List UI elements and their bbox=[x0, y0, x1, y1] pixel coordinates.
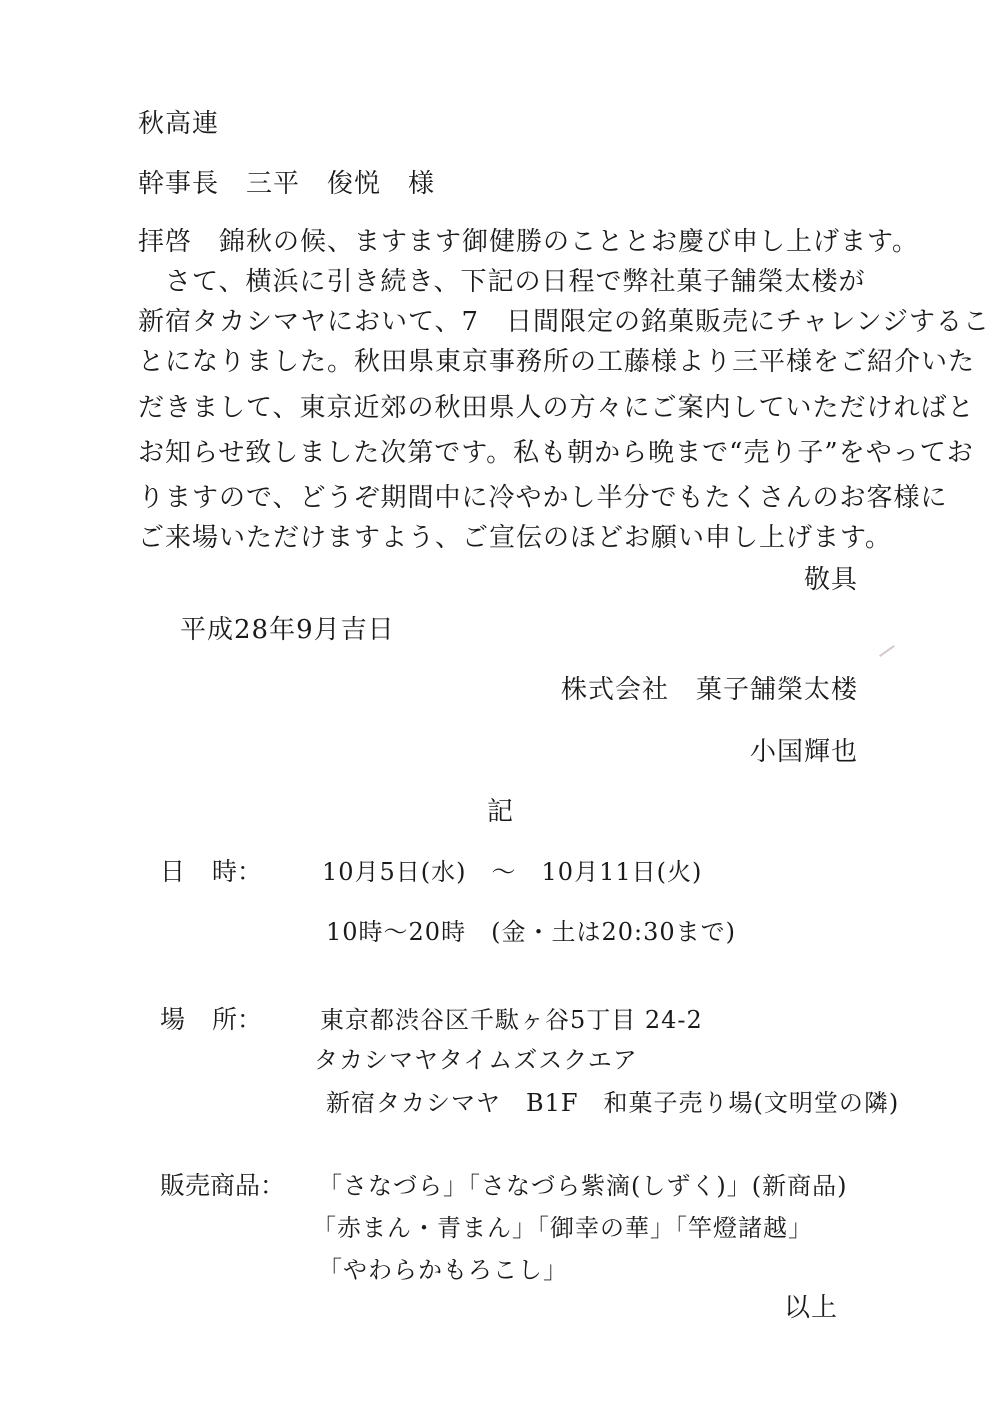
sender-company: 株式会社 菓子舗榮太楼 bbox=[561, 674, 858, 706]
details-heading: 記 bbox=[487, 796, 514, 828]
products-line: 「やわらかもろこし」 bbox=[318, 1254, 568, 1286]
products-label: 販売商品： bbox=[160, 1170, 285, 1202]
venue-label-1: 場 bbox=[160, 1004, 185, 1036]
recipient-organization: 秋高連 bbox=[138, 108, 219, 140]
venue-building: タカシマヤタイムズスクエア bbox=[314, 1044, 638, 1076]
end-mark: 以上 bbox=[784, 1292, 838, 1324]
body-line: さて、横浜に引き続き、下記の日程で弊社菓子舗榮太楼が bbox=[138, 266, 865, 298]
recipient-addressee: 幹事長 三平 俊悦 様 bbox=[138, 168, 435, 200]
venue-address: 東京都渋谷区千駄ヶ谷5丁目 24-2 bbox=[320, 1004, 703, 1036]
sender-name: 小国輝也 bbox=[750, 736, 858, 768]
closing-salutation: 敬具 bbox=[804, 564, 858, 596]
body-line: だきまして、東京近郊の秋田県人の方々にご案内していただければと bbox=[138, 392, 974, 424]
body-line: お知らせ致しました次第です。私も朝から晩まで“売り子”をやってお bbox=[138, 437, 974, 469]
datetime-hours: 10時～20時 (金・土は20:30まで) bbox=[326, 916, 736, 948]
datetime-dates: 10月5日(水) ～ 10月11日(火) bbox=[322, 856, 702, 888]
letter-date: 平成28年9月吉日 bbox=[180, 614, 395, 646]
products-line: 「さなづら」「さなづら紫滴(しずく)」(新商品) bbox=[318, 1170, 847, 1202]
products-line: 「赤まん・青まん」「御幸の華」「竿燈諸越」 bbox=[312, 1212, 813, 1244]
body-line: 新宿タカシマヤにおいて、7 日間限定の銘菓販売にチャレンジするこ bbox=[138, 306, 990, 338]
datetime-label-1: 日 bbox=[160, 856, 185, 888]
body-line: ご来場いただけますよう、ご宣伝のほどお願い申し上げます。 bbox=[138, 522, 892, 554]
scan-speck bbox=[879, 645, 895, 657]
venue-floor: 新宿タカシマヤ B1F 和菓子売り場(文明堂の隣) bbox=[326, 1087, 899, 1119]
datetime-label-2: 時： bbox=[212, 856, 262, 888]
body-line: 拝啓 錦秋の候、ますます御健勝のこととお慶び申し上げます。 bbox=[138, 226, 919, 258]
venue-label-2: 所： bbox=[212, 1004, 262, 1036]
body-line: りますので、どうぞ期間中に冷やかし半分でもたくさんのお客様に bbox=[138, 482, 947, 514]
body-line: とになりました。秋田県東京事務所の工藤様より三平様をご紹介いた bbox=[138, 346, 975, 378]
